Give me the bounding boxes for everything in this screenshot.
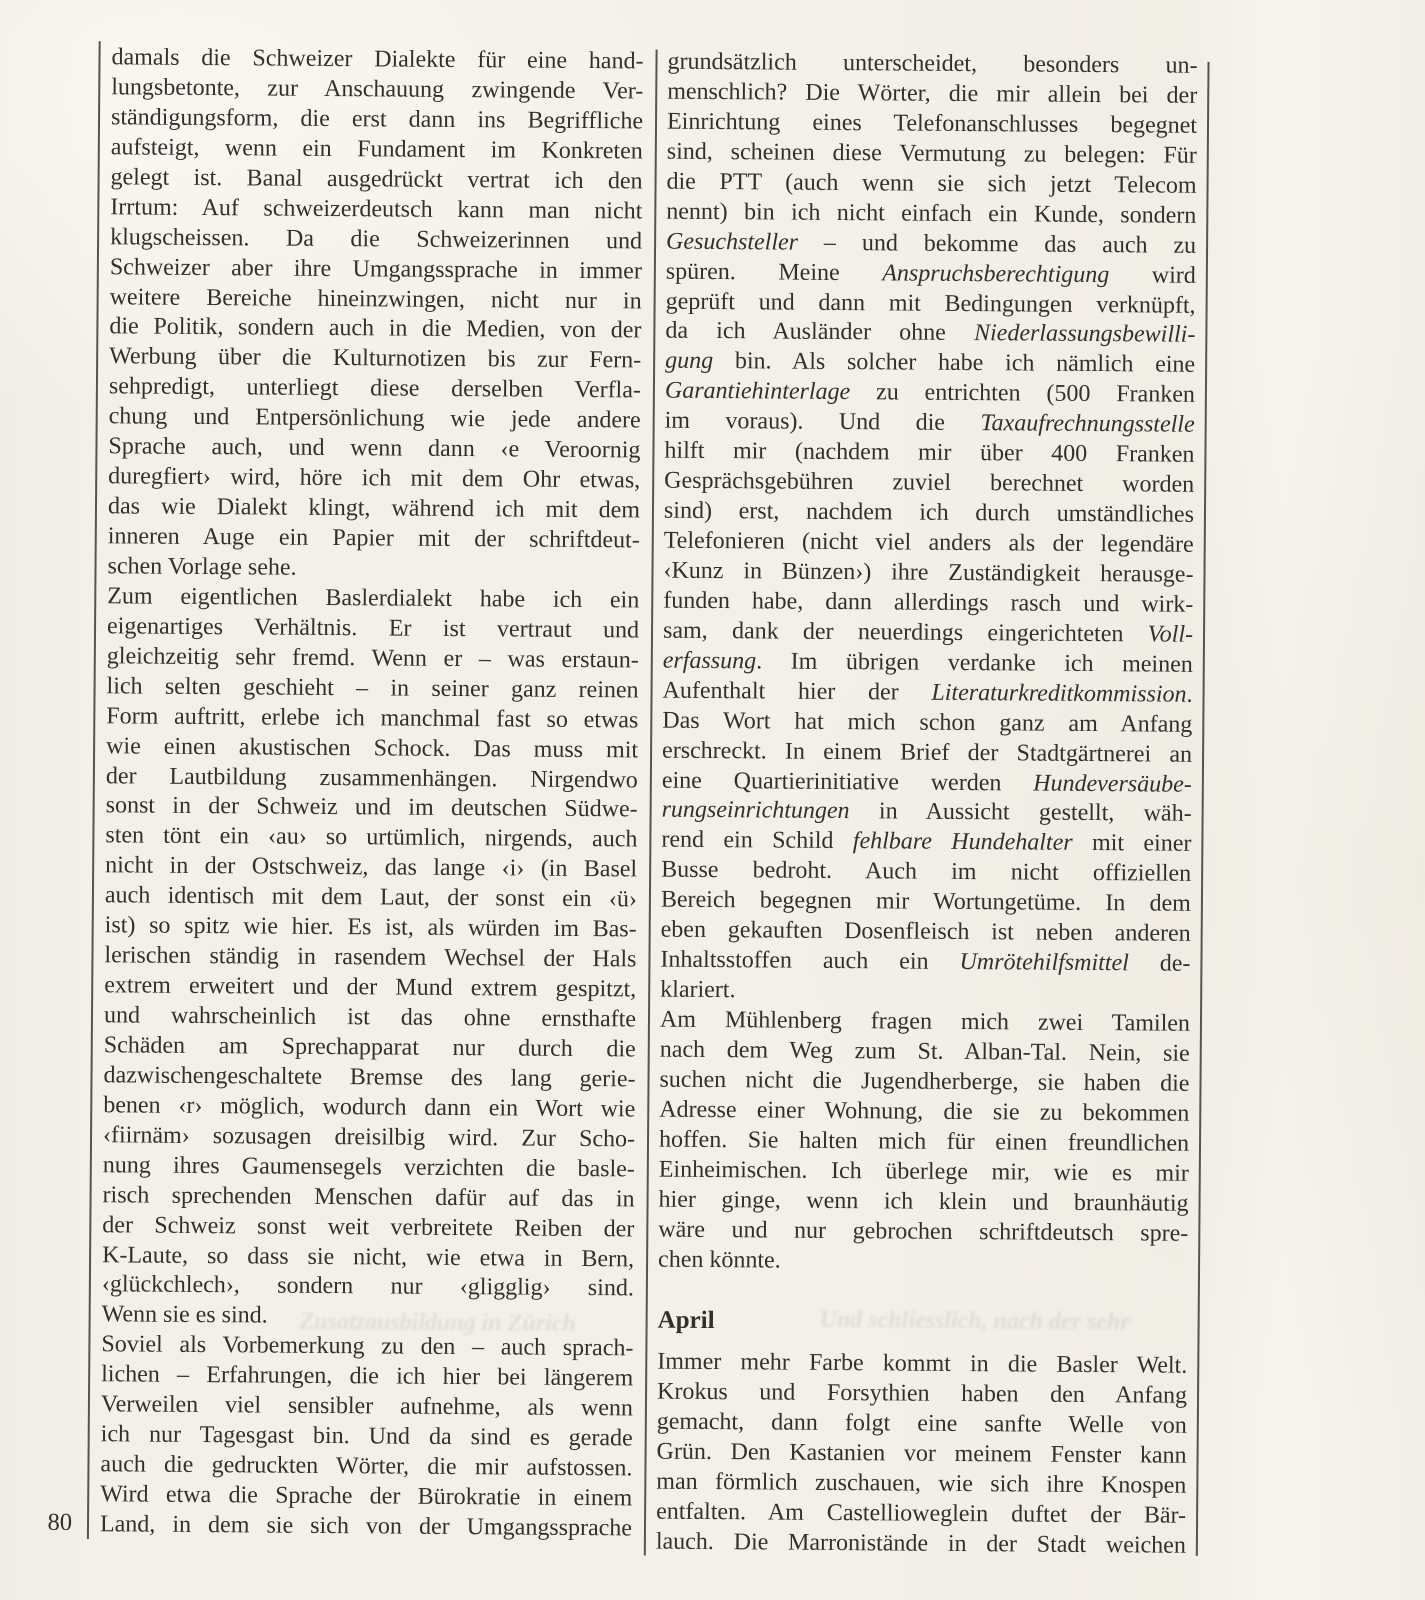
bleedthrough-ghost-text: Und schliesslich, nach der sehr [820, 1307, 1130, 1336]
paragraph: grundsätzlich unterscheidet, besonders u… [660, 48, 1198, 1010]
text-line: und wahrscheinlich ist das ohne ernsthaf… [104, 1001, 636, 1035]
text-line: Busse bedroht. Auch im nicht offiziellen [661, 856, 1191, 890]
text-line: erschreckt. In einem Brief der Stadtgärt… [662, 736, 1192, 770]
text-line: sind) erst, nachdem ich durch umständlic… [664, 497, 1194, 531]
text-line: inneren Auge ein Papier mit der schriftd… [108, 522, 640, 556]
text-line: lauch. Die Marronistände in der Stadt we… [656, 1528, 1186, 1562]
text-line: auch identisch mit dem Laut, der sonst e… [105, 882, 637, 916]
text-line: gelegt ist. Banal ausgedrückt vertrat ic… [110, 163, 642, 197]
left-margin-rule [87, 41, 101, 1539]
text-line: spüren. Meine Anspruchsberechtigung wird [666, 257, 1196, 291]
text-line: wie einen akustischen Schock. Das muss m… [106, 732, 638, 766]
text-line: aufsteigt, wenn ein Fundament im Konkret… [111, 133, 643, 167]
text-line: Einheimischen. Ich überlege mir, wie es … [659, 1155, 1189, 1189]
paragraph: Soviel als Vorbemerkung zu den – auch sp… [100, 1331, 634, 1545]
text-line: Aufenthalt hier der Literaturkreditkommi… [662, 676, 1192, 710]
paragraph: Immer mehr Farbe kommt in die Basler Wel… [656, 1348, 1188, 1562]
text-line: Wird etwa die Sprache der Bürokratie in … [100, 1480, 632, 1514]
page-number: 80 [16, 1509, 72, 1537]
text-line: schen Vorlage sehe. [107, 552, 639, 586]
text-line: Am Mühlenberg fragen mich zwei Tamilen [660, 1006, 1190, 1040]
text-line: Schweizer aber ihre Umgangssprache in im… [110, 253, 642, 287]
text-line: ‹Kunz in Bünzen›) ihre Zuständigkeit her… [663, 557, 1193, 591]
text-line: menschlich? Die Wörter, die mir allein b… [667, 78, 1197, 112]
text-line: lichen – Erfahrungen, die ich hier bei l… [101, 1360, 633, 1394]
text-line: eine Quartierinitiative werden Hundevers… [662, 766, 1192, 800]
text-line: die PTT (auch wenn sie sich jetzt Teleco… [666, 167, 1196, 201]
text-line: Verweilen viel sensibler aufnehme, als w… [101, 1390, 633, 1424]
text-line: benen ‹r› möglich, wodurch dann ein Wort… [103, 1091, 635, 1125]
text-line: Irrtum: Auf schweizerdeutsch kann man ni… [110, 193, 642, 227]
text-line: gung bin. Als solcher habe ich nämlich e… [665, 347, 1195, 381]
text-line: der Schweiz sonst weit verbreitete Reibe… [102, 1211, 634, 1245]
text-line: Immer mehr Farbe kommt in die Basler Wel… [657, 1348, 1187, 1382]
text-line: erfassung. Im übrigen verdanke ich meine… [663, 646, 1193, 680]
paragraph: Zum eigentlichen Baslerdialekt habe ich … [102, 582, 640, 1335]
text-line: ‹glückchlech›, sondern nur ‹gligglig› si… [102, 1271, 634, 1305]
text-line: Sprache auch, und wenn dann ‹e Veroornig [108, 432, 640, 466]
text-line: Gesprächsgebühren zuviel berechnet worde… [664, 467, 1194, 501]
text-line: Zum eigentlichen Baslerdialekt habe ich … [107, 582, 639, 616]
text-line: man förmlich zuschauen, wie sich ihre Kn… [656, 1468, 1186, 1502]
text-line: ‹fiirnäm› sozusagen dreisilbig wird. Zur… [103, 1121, 635, 1155]
text-line: damals die Schweizer Dialekte für eine h… [111, 43, 643, 77]
text-line: weitere Bereiche hineinzwingen, nicht nu… [110, 283, 642, 317]
text-line: chung und Entpersönlichung wie jede ande… [109, 403, 641, 437]
text-line: risch sprechenden Menschen dafür auf das… [102, 1181, 634, 1215]
text-line: Garantiehinterlage zu entrichten (500 Fr… [665, 377, 1195, 411]
text-line: sten tönt ein ‹au› so urtümlich, nirgend… [105, 822, 637, 856]
text-line: klariert. [660, 976, 1190, 1010]
text-line: eigenartiges Verhältnis. Er ist vertraut… [107, 612, 639, 646]
text-line: ich nur Tagesgast bin. Und da sind es ge… [101, 1420, 633, 1454]
text-line: entfalten. Am Castellioweglein duftet de… [656, 1498, 1186, 1532]
text-line: Gesuchsteller – und bekomme das auch zu [666, 227, 1196, 261]
text-line: Telefonieren (nicht viel anders als der … [664, 527, 1194, 561]
text-line: im voraus). Und die Taxaufrechnungsstell… [665, 407, 1195, 441]
text-line: nung ihres Gaumensegels verzichten die b… [103, 1151, 635, 1185]
text-line: wäre und nur gebrochen schriftdeutsch sp… [658, 1215, 1188, 1249]
right-margin-rule [1196, 62, 1210, 1556]
text-line: Inhaltsstoffen auch ein Umrötehilfsmitte… [660, 946, 1190, 980]
text-line: das wie Dialekt klingt, während ich mit … [108, 492, 640, 526]
text-line: ständigungsform, die erst dann ins Begri… [111, 103, 643, 137]
text-line: da ich Ausländer ohne Niederlassungsbewi… [665, 317, 1195, 351]
text-line: Adresse einer Wohnung, die sie zu bekomm… [659, 1095, 1189, 1129]
text-line: nennt) bin ich nicht einfach ein Kunde, … [666, 197, 1196, 231]
text-line: sehpredigt, unterliegt diese derselben V… [109, 373, 641, 407]
text-line: Form auftritt, erlebe ich manchmal fast … [106, 702, 638, 736]
text-line: dazwischengeschaltete Bremse des lang ge… [103, 1061, 635, 1095]
text-line: lungsbetonte, zur Anschauung zwingende V… [111, 73, 643, 107]
text-line: Werbung über die Kulturnotizen bis zur F… [109, 343, 641, 377]
scanned-book-page: { "page": { "number": "80" }, "colors": … [0, 0, 1425, 1600]
text-line: Das Wort hat mich schon ganz am Anfang [662, 706, 1192, 740]
text-line: duregfiert› wird, höre ich mit dem Ohr e… [108, 462, 640, 496]
text-line: sam, dank der neuerdings eingerichteten … [663, 616, 1193, 650]
text-line: lerischen ständig in rasendem Wechsel de… [104, 941, 636, 975]
text-line: ist) so spitz wie hier. Es ist, als würd… [105, 911, 637, 945]
text-line: sonst in der Schweiz und im deutschen Sü… [106, 792, 638, 826]
text-line: suchen nicht die Jugendherberge, sie hab… [659, 1065, 1189, 1099]
text-line: klugscheissen. Da die Schweizerinnen und [110, 223, 642, 257]
text-line: gemacht, dann folgt eine sanfte Welle vo… [657, 1408, 1187, 1442]
text-line: Bereich begegnen mir Wortungetüme. In de… [661, 886, 1191, 920]
bleedthrough-ghost-text: Zusatzausbildung in Zürich [299, 1309, 575, 1338]
text-line: nicht in der Ostschweiz, das lange ‹i› (… [105, 852, 637, 886]
text-line: grundsätzlich unterscheidet, besonders u… [667, 48, 1197, 82]
page-scan: damals die Schweizer Dialekte für eine h… [0, 0, 1425, 1600]
text-line: Grün. Den Kastanien vor meinem Fenster k… [656, 1438, 1186, 1472]
paragraph: damals die Schweizer Dialekte für eine h… [107, 43, 643, 586]
paragraph: Am Mühlenberg fragen mich zwei Tamilenna… [658, 1006, 1190, 1280]
text-line: lich selten geschieht – in seiner ganz r… [106, 672, 638, 706]
text-line: hilft mir (nachdem mir über 400 Franken [664, 437, 1194, 471]
text-line: hoffen. Sie halten mich für einen freund… [659, 1125, 1189, 1159]
text-line: rungseinrichtungen in Aussicht gestellt,… [662, 796, 1192, 830]
text-line: eben gekauften Dosenfleisch ist neben an… [661, 916, 1191, 950]
text-line: Einrichtung eines Telefonanschlusses beg… [667, 108, 1197, 142]
text-line: auch die gedruckten Wörter, die mir aufs… [100, 1450, 632, 1484]
text-line: extrem erweitert und der Mund extrem ges… [104, 971, 636, 1005]
text-line: rend ein Schild fehlbare Hundehalter mit… [661, 826, 1191, 860]
text-line: funden habe, dann allerdings rasch und w… [663, 587, 1193, 621]
text-line: K-Laute, so dass sie nicht, wie etwa in … [102, 1241, 634, 1275]
column-divider-rule [644, 50, 658, 1556]
text-line: die Politik, sondern auch in die Medien,… [109, 313, 641, 347]
text-line: der Lautbildung zusammenhängen. Nirgendw… [106, 762, 638, 796]
text-line: Krokus und Forsythien haben den Anfang [657, 1378, 1187, 1412]
text-line: nach dem Weg zum St. Alban-Tal. Nein, si… [660, 1036, 1190, 1070]
text-line: sind, scheinen diese Vermutung zu belege… [667, 137, 1197, 171]
text-line: Land, in dem sie sich von der Umgangsspr… [100, 1510, 632, 1544]
text-line: gleichzeitig sehr fremd. Wenn er – was e… [107, 642, 639, 676]
text-line: chen könnte. [658, 1245, 1188, 1279]
text-line: Schäden am Sprechapparat nur durch die [104, 1031, 636, 1065]
text-line: hier ginge, wenn ich klein und braunhäut… [658, 1185, 1188, 1219]
text-line: geprüft und dann mit Bedingungen verknüp… [666, 287, 1196, 321]
